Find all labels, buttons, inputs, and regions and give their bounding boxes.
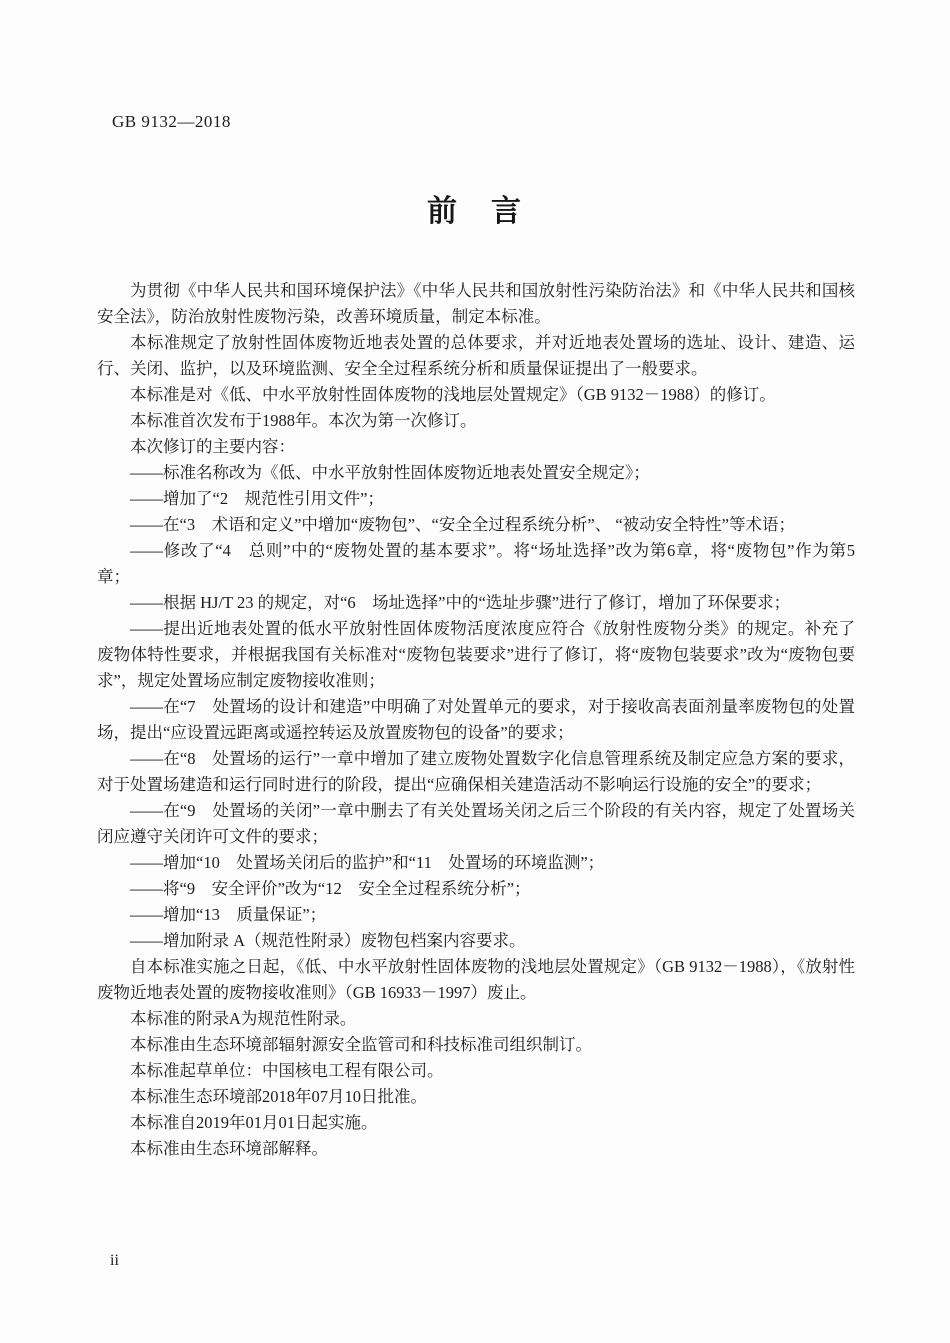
- page-number: ii: [110, 1252, 119, 1270]
- paragraph: 本标准的附录A为规范性附录。: [97, 1006, 855, 1032]
- paragraph: ——增加了“2 规范性引用文件”；: [97, 486, 855, 512]
- paragraph: 自本标准实施之日起，《低、中水平放射性固体废物的浅地层处置规定》（GB 9132…: [97, 954, 855, 1006]
- paragraph: ——将“9 安全评价”改为“12 安全全过程系统分析”；: [97, 876, 855, 902]
- paragraph: ——在“7 处置场的设计和建造”中明确了对处置单元的要求，对于接收高表面剂量率废…: [97, 694, 855, 746]
- paragraph: 本标准生态环境部2018年07月10日批准。: [97, 1084, 855, 1110]
- paragraph: 本标准是对《低、中水平放射性固体废物的浅地层处置规定》（GB 9132－1988…: [97, 382, 855, 408]
- document-page: GB 9132—2018 前 言 为贯彻《中华人民共和国环境保护法》《中华人民共…: [0, 0, 950, 1343]
- paragraph: ——提出近地表处置的低水平放射性固体废物活度浓度应符合《放射性废物分类》的规定。…: [97, 616, 855, 694]
- paragraph: ——在“8 处置场的运行”一章中增加了建立废物处置数字化信息管理系统及制定应急方…: [97, 746, 855, 798]
- paragraph: ——修改了“4 总则”中的“废物处置的基本要求”。将“场址选择”改为第6章，将“…: [97, 538, 855, 590]
- paragraph: ——增加“13 质量保证”；: [97, 902, 855, 928]
- body-text: 为贯彻《中华人民共和国环境保护法》《中华人民共和国放射性污染防治法》和《中华人民…: [97, 278, 855, 1162]
- paragraph: 本标准由生态环境部辐射源安全监管司和科技标准司组织制订。: [97, 1032, 855, 1058]
- paragraph: 本标准由生态环境部解释。: [97, 1136, 855, 1162]
- paragraph: 为贯彻《中华人民共和国环境保护法》《中华人民共和国放射性污染防治法》和《中华人民…: [97, 278, 855, 330]
- paragraph: 本标准自2019年01月01日起实施。: [97, 1110, 855, 1136]
- paragraph: ——增加“10 处置场关闭后的监护”和“11 处置场的环境监测”；: [97, 850, 855, 876]
- paragraph: 本标准起草单位：中国核电工程有限公司。: [97, 1058, 855, 1084]
- paragraph: 本次修订的主要内容：: [97, 434, 855, 460]
- paragraph: ——标准名称改为《低、中水平放射性固体废物近地表处置安全规定》；: [97, 460, 855, 486]
- paragraph: ——在“9 处置场的关闭”一章中删去了有关处置场关闭之后三个阶段的有关内容，规定…: [97, 798, 855, 850]
- paragraph: ——在“3 术语和定义”中增加“废物包”、“安全全过程系统分析”、 “被动安全特…: [97, 512, 855, 538]
- standard-number: GB 9132—2018: [112, 112, 231, 132]
- paragraph: ——根据 HJ/T 23 的规定，对“6 场址选择”中的“选址步骤”进行了修订，…: [97, 590, 855, 616]
- page-title: 前 言: [0, 186, 950, 230]
- paragraph: 本标准规定了放射性固体废物近地表处置的总体要求，并对近地表处置场的选址、设计、建…: [97, 330, 855, 382]
- paragraph: ——增加附录 A（规范性附录）废物包档案内容要求。: [97, 928, 855, 954]
- paragraph: 本标准首次发布于1988年。本次为第一次修订。: [97, 408, 855, 434]
